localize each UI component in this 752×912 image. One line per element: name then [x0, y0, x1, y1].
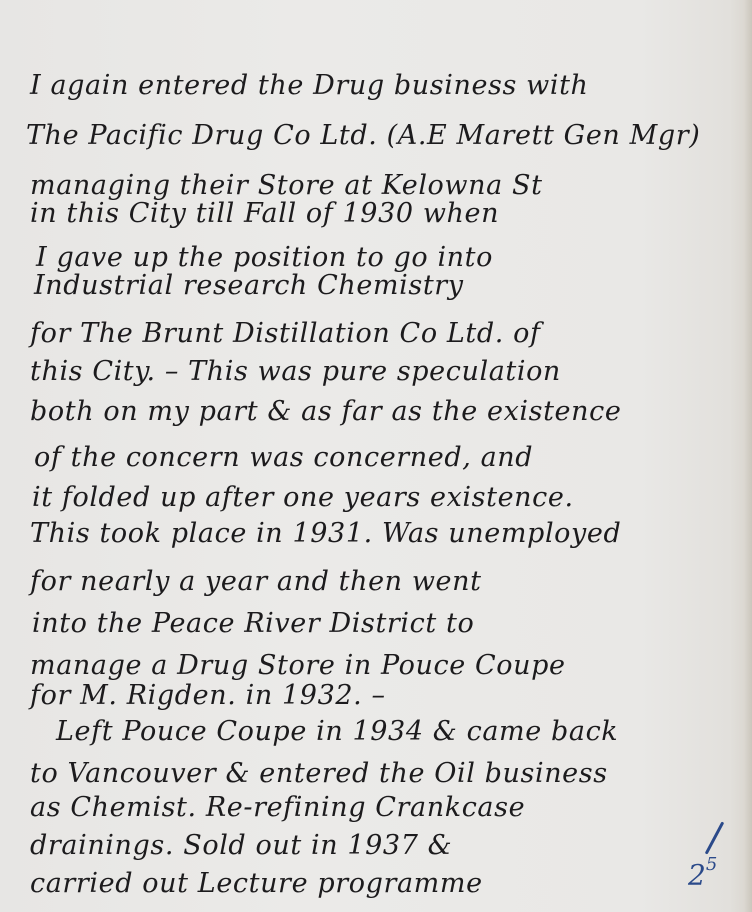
text-line: for nearly a year and then went	[30, 566, 482, 597]
text-line: I again entered the Drug business with	[30, 70, 589, 101]
text-line: both on my part & as far as the existenc…	[30, 396, 621, 427]
page-number: 25	[688, 858, 717, 891]
text-line: for The Brunt Distillation Co Ltd. of	[30, 318, 541, 349]
text-line: Left Pouce Coupe in 1934 & came back	[56, 716, 618, 747]
text-line: managing their Store at Kelowna St	[30, 170, 543, 201]
text-line: carried out Lecture programme	[30, 868, 483, 899]
text-line: manage a Drug Store in Pouce Coupe	[30, 650, 566, 681]
text-line: it folded up after one years existence.	[32, 482, 574, 513]
text-line: as Chemist. Re-refining Crankcase	[30, 792, 525, 823]
text-line: in this City till Fall of 1930 when	[30, 198, 499, 229]
text-line: for M. Rigden. in 1932. –	[30, 680, 386, 711]
text-line: drainings. Sold out in 1937 &	[30, 830, 452, 861]
document-page: I again entered the Drug business with T…	[0, 0, 752, 912]
text-line: The Pacific Drug Co Ltd. (A.E Marett Gen…	[26, 120, 700, 151]
text-line: this City. – This was pure speculation	[30, 356, 561, 387]
text-line: of the concern was concerned, and	[34, 442, 533, 473]
text-line: to Vancouver & entered the Oil business	[30, 758, 608, 789]
annotation-tick-mark	[705, 821, 725, 854]
page-number-superscript: 5	[706, 854, 717, 875]
text-line: I gave up the position to go into	[36, 242, 493, 273]
paper-edge	[744, 0, 752, 912]
text-line: into the Peace River District to	[32, 608, 474, 639]
page-number-main: 2	[688, 858, 706, 891]
text-line: Industrial research Chemistry	[34, 270, 464, 301]
text-line: This took place in 1931. Was unemployed	[30, 518, 621, 549]
